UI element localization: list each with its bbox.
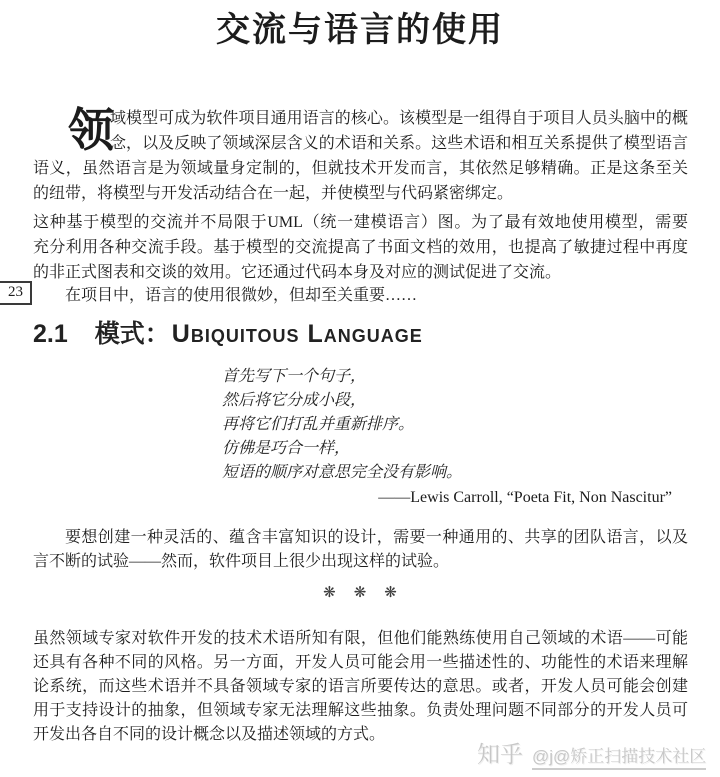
poem-line: 然后将它分成小段， <box>222 388 462 412</box>
uml-paragraph-lines: 这种基于模型的交流并不局限于UML（统一建模语言）图。为了最有效地使用模型，需要… <box>33 210 688 260</box>
poem-line: 再将它们打乱并重新排序。 <box>222 412 462 436</box>
uml-paragraph: 这种基于模型的交流并不局限于UML（统一建模语言）图。为了最有效地使用模型，需要… <box>33 210 688 285</box>
separator-asterisk-icon: ❋ <box>323 583 336 601</box>
poem-line: 短语的顺序对意思完全没有影响。 <box>222 460 462 484</box>
zhihu-watermark: 知乎 @j@矫正扫描技术社区 <box>477 736 706 770</box>
poem-line: 仿佛是巧合一样， <box>222 436 462 460</box>
body-line: 的纽带，将模型与开发活动结合在一起，并使模型与代码紧密绑定。 <box>33 181 688 206</box>
separator-asterisk-icon: ❋ <box>384 583 397 601</box>
language-subtle-paragraph: 在项目中，语言的使用很微妙，但却至关重要…… <box>33 283 688 308</box>
poem: 首先写下一个句子，然后将它分成小段，再将它们打乱并重新排序。仿佛是巧合一样，短语… <box>222 364 462 484</box>
team-language-paragraph: 要想创建一种灵活的、蕴含丰富知识的设计，需要一种通用的、共享的团队语言，以及对语… <box>33 526 688 574</box>
book-page: 交流与语言的使用 23 领 域模型可成为软件项目通用语言的核心。该模型是一组得自… <box>0 0 720 777</box>
team-language-lines: 要想创建一种灵活的、蕴含丰富知识的设计，需要一种通用的、共享的团队语言，以及对语 <box>33 526 688 550</box>
body-line: 用于支持设计的抽象，但领域专家无法理解这些抽象。负责处理问题不同部分的开发人员可… <box>33 699 688 723</box>
pattern-name: Ubiquitous Language <box>172 320 423 349</box>
domain-experts-paragraph: 虽然领域专家对软件开发的技术术语所知有限，但他们能熟练使用自己领域的术语——可能… <box>33 627 688 747</box>
body-line: 要想创建一种灵活的、蕴含丰富知识的设计，需要一种通用的、共享的团队语言，以及对语 <box>33 526 688 550</box>
section-separator: ❋❋❋ <box>0 583 720 602</box>
zhihu-watermark-user: @j@矫正扫描技术社区 <box>532 742 706 770</box>
body-line: 的非正式图表和交谈的效用。它还通过代码本身及对应的测试促进了交流。 <box>33 260 688 285</box>
body-line: 念，以及反映了领域深层含义的术语和关系。这些术语和相互关系提供了模型语言的 <box>110 131 688 156</box>
body-line: 还具有各种不同的风格。另一方面，开发人员可能会用一些描述性的、功能性的术语来理解… <box>33 651 688 675</box>
intro-indented-lines: 域模型可成为软件项目通用语言的核心。该模型是一组得自于项目人员头脑中的概念，以及… <box>110 106 688 156</box>
chapter-title: 交流与语言的使用 <box>0 2 720 51</box>
body-line: 在项目中，语言的使用很微妙，但却至关重要…… <box>33 283 688 308</box>
body-line: 论系统，而这些术语并不具备领域专家的语言所要传达的意思。或者，开发人员可能会创建… <box>33 675 688 699</box>
body-line: 虽然领域专家对软件开发的技术术语所知有限，但他们能熟练使用自己领域的术语——可能 <box>33 627 688 651</box>
poem-line: 首先写下一个句子， <box>222 364 462 388</box>
section-number: 2.1 <box>33 320 68 349</box>
section-label: 模式： <box>95 314 170 350</box>
drop-cap: 领 <box>68 108 114 154</box>
section-heading: 2.1 模式： Ubiquitous Language <box>33 314 688 350</box>
body-line: 域模型可成为软件项目通用语言的核心。该模型是一组得自于项目人员头脑中的概 <box>110 106 688 131</box>
body-line: 这种基于模型的交流并不局限于UML（统一建模语言）图。为了最有效地使用模型，需要 <box>33 210 688 235</box>
page-number-box: 23 <box>0 281 32 305</box>
separator-asterisk-icon: ❋ <box>354 583 367 601</box>
intro-paragraph: 领 域模型可成为软件项目通用语言的核心。该模型是一组得自于项目人员头脑中的概念，… <box>33 106 688 206</box>
zhihu-watermark-site: 知乎 <box>477 736 523 769</box>
page-number: 23 <box>8 284 23 300</box>
body-line: 语义，虽然语言是为领域量身定制的，但就技术开发而言，其依然足够精确。正是这条至关… <box>33 156 688 181</box>
poem-attribution: ——Lewis Carroll, “Poeta Fit, Non Nascitu… <box>33 488 688 508</box>
body-line: 言不断的试验——然而，软件项目上很少出现这样的试验。 <box>33 550 688 574</box>
body-line: 充分利用各种交流手段。基于模型的交流提高了书面文档的效用，也提高了敏捷过程中再度… <box>33 235 688 260</box>
domain-experts-lines: 虽然领域专家对软件开发的技术术语所知有限，但他们能熟练使用自己领域的术语——可能… <box>33 627 688 723</box>
